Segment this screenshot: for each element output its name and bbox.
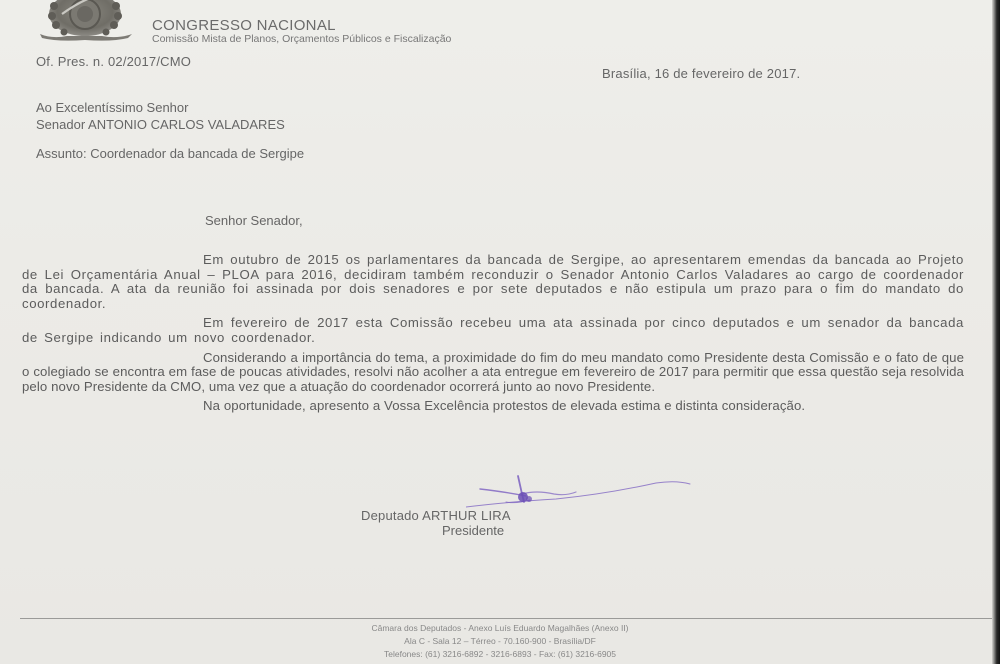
paragraph-2: Em fevereiro de 2017 esta Comissão receb… [22,316,964,345]
paragraph-3: Considerando a importância do tema, a pr… [22,351,964,395]
letter-body: Em outubro de 2015 os parlamentares da b… [22,253,964,419]
coat-of-arms-icon [32,0,138,42]
letterhead-title: CONGRESSO NACIONAL [152,17,336,34]
footer-line-1: Câmara dos Deputados - Anexo Luís Eduard… [0,622,992,635]
document-reference: Of. Pres. n. 02/2017/CMO [36,54,191,69]
signer-name: Deputado ARTHUR LIRA [361,508,511,523]
subject-line: Assunto: Coordenador da bancada de Sergi… [36,146,304,161]
footer-line-2: Ala C - Sala 12 – Térreo - 70.160-900 - … [0,635,992,648]
document-date: Brasília, 16 de fevereiro de 2017. [602,66,800,81]
paragraph-4: Na oportunidade, apresento a Vossa Excel… [22,399,964,414]
footer-divider [20,618,992,619]
page-edge-shadow [992,0,1000,664]
greeting: Senhor Senador, [205,213,303,228]
signer-title: Presidente [442,523,504,538]
footer-line-3: Telefones: (61) 3216-6892 - 3216-6893 - … [0,648,992,661]
paragraph-1: Em outubro de 2015 os parlamentares da b… [22,253,964,311]
addressee-block: Ao Excelentíssimo Senhor Senador ANTONIO… [36,99,285,133]
addressee-line-2: Senador ANTONIO CARLOS VALADARES [36,116,285,133]
addressee-line-1: Ao Excelentíssimo Senhor [36,99,285,116]
letterhead-subtitle: Comissão Mista de Planos, Orçamentos Púb… [152,33,451,45]
footer-address: Câmara dos Deputados - Anexo Luís Eduard… [0,622,992,661]
letter-page: CONGRESSO NACIONAL Comissão Mista de Pla… [0,0,992,664]
